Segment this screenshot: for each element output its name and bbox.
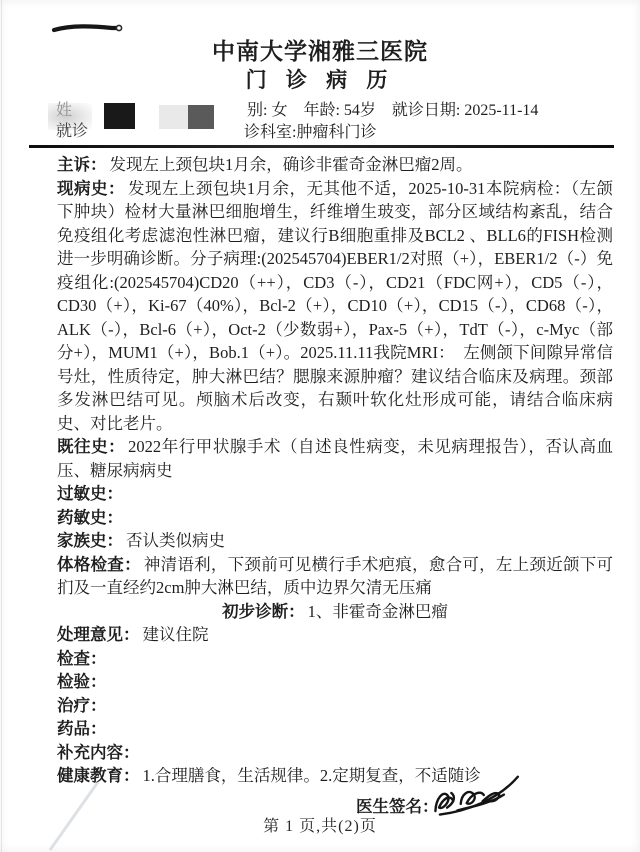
field-family-history: 家族史：否认类似病史	[57, 529, 613, 553]
scanned-outpatient-record-page: 中南大学湘雅三医院 门 诊 病 历 姓 就诊 别: 女年龄: 54岁就诊日期: …	[0, 0, 640, 852]
visit-department: 诊科室:肿瘤科门诊	[244, 119, 376, 142]
redaction-box-black	[104, 103, 135, 129]
field-supplementary: 补充内容：	[57, 741, 613, 765]
field-physical-exam: 体格检查：神清语利，下颈前可见横行手术疤痕，愈合可，左上颈近颌下可扪及一直经约2…	[57, 553, 613, 600]
visit-id-label: 就诊	[56, 118, 88, 141]
record-title: 门 诊 病 历	[0, 67, 640, 93]
field-past-history: 既往史：2022年行甲状腺手术（自述良性病变，未见病理报告），否认高血压、糖尿病…	[57, 435, 613, 482]
field-lab-tests: 检验：	[57, 670, 613, 694]
field-treatment: 治疗：	[57, 694, 613, 718]
redaction-box-dark	[188, 105, 214, 129]
field-disposition: 处理意见：建议住院	[57, 623, 613, 647]
field-chief-complaint: 主诉：发现左上颈包块1月余，确诊非霍奇金淋巴瘤2周。	[57, 153, 613, 177]
preliminary-diagnosis: 初步诊断：1、非霍奇金淋巴瘤	[57, 600, 613, 624]
patient-gender: 别: 女	[247, 102, 287, 119]
patient-info-line1: 别: 女年龄: 54岁就诊日期: 2025-11-14	[247, 97, 554, 120]
paper-crease-artifact	[38, 778, 108, 852]
field-allergy-history: 过敏史：	[57, 482, 613, 506]
hospital-name: 中南大学湘雅三医院	[0, 38, 640, 66]
field-drug-allergy-history: 药敏史：	[57, 506, 613, 530]
header-divider	[29, 145, 614, 148]
field-health-education: 健康教育：1.合理膳食，生活规律。2.定期复查，不适随诊	[57, 764, 613, 788]
patient-info-band: 姓 就诊 别: 女年龄: 54岁就诊日期: 2025-11-14 诊科室:肿瘤科…	[0, 96, 640, 144]
field-examinations: 检查：	[57, 647, 613, 671]
patient-name-label: 姓	[56, 97, 72, 120]
patient-age: 年龄: 54岁	[303, 102, 375, 119]
visit-date: 就诊日期: 2025-11-14	[392, 102, 539, 119]
field-present-illness: 现病史：发现左上颈包块1月余，无其他不适，2025-10-31本院病检：（左颌下…	[57, 177, 613, 436]
field-medications: 药品：	[57, 717, 613, 741]
redaction-box-light	[159, 105, 188, 129]
pen-stroke-artifact	[48, 20, 128, 38]
record-body: 主诉：发现左上颈包块1月余，确诊非霍奇金淋巴瘤2周。 现病史：发现左上颈包块1月…	[57, 153, 613, 788]
record-header: 中南大学湘雅三医院 门 诊 病 历	[0, 0, 640, 93]
